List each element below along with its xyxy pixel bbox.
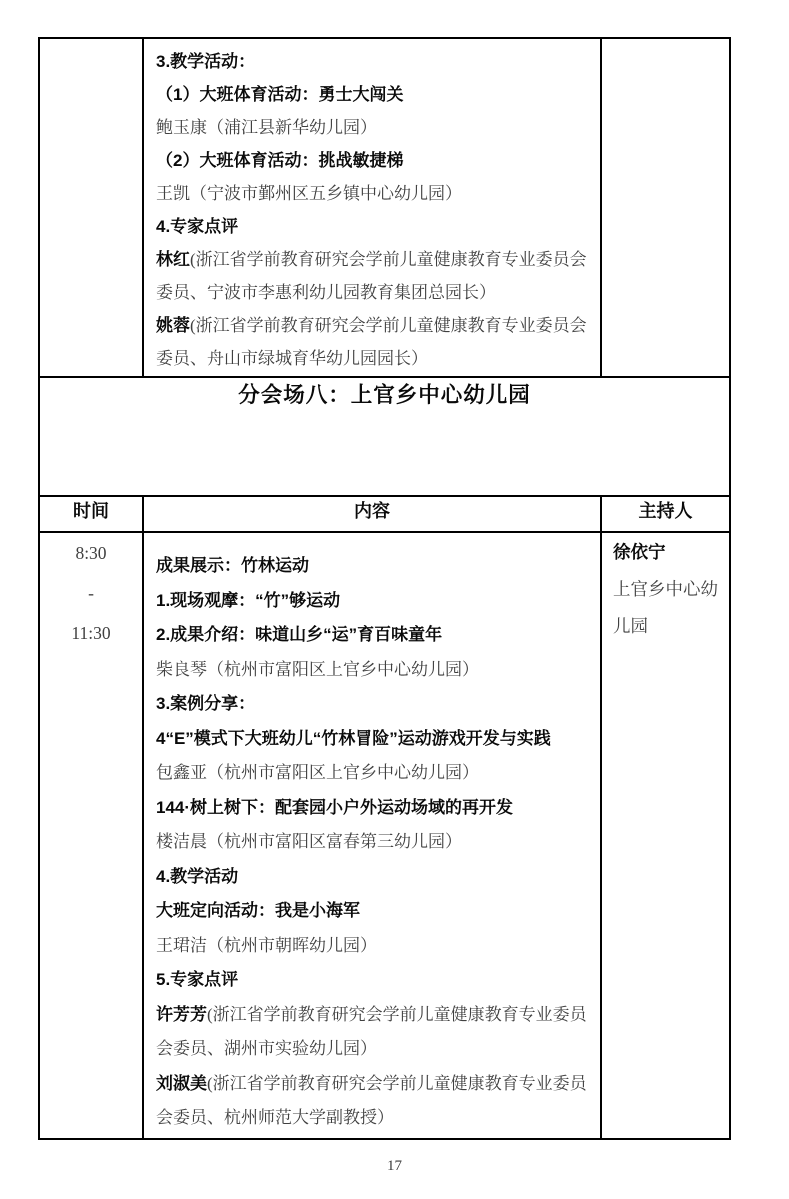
time-dash: - bbox=[40, 573, 142, 613]
section-heading: 分会场八：上官乡中心幼儿园 bbox=[40, 378, 729, 409]
time-range: 8:30 - 11:30 bbox=[40, 533, 142, 653]
table-row: 8:30 - 11:30 成果展示：竹林运动1.现场观摩：“竹”够运动2.成果介… bbox=[39, 532, 730, 1139]
document-page: 3.教学活动：（1）大班体育活动：勇士大闯关鲍玉康（浦江县新华幼儿园）（2）大班… bbox=[0, 0, 789, 1199]
host-name: 徐依宁 bbox=[613, 533, 721, 571]
table-header-row: 时间 内容 主持人 bbox=[39, 496, 730, 532]
content-line: 王凯（宁波市鄞州区五乡镇中心幼儿园） bbox=[156, 177, 592, 210]
content-line: （1）大班体育活动：勇士大闯关 bbox=[156, 78, 592, 111]
content-line: 144·树上树下：配套园小户外运动场域的再开发 bbox=[156, 791, 592, 826]
column-header-time: 时间 bbox=[39, 496, 143, 532]
content-line: 许芳芳(浙江省学前教育研究会学前儿童健康教育专业委员会委员、湖州市实验幼儿园） bbox=[156, 998, 592, 1067]
time-end: 11:30 bbox=[40, 613, 142, 653]
expert-name: 刘淑美 bbox=[156, 1074, 207, 1093]
content-cell: 3.教学活动：（1）大班体育活动：勇士大闯关鲍玉康（浦江县新华幼儿园）（2）大班… bbox=[143, 38, 601, 377]
time-cell: 8:30 - 11:30 bbox=[39, 532, 143, 1139]
content-line: 楼洁晨（杭州市富阳区富春第三幼儿园） bbox=[156, 825, 592, 860]
expert-name: 姚蓉 bbox=[156, 316, 190, 335]
host-organization: 上官乡中心幼儿园 bbox=[613, 571, 721, 645]
expert-name: 林红 bbox=[156, 250, 190, 269]
content-line: 大班定向活动：我是小海军 bbox=[156, 894, 592, 929]
section-heading-row: 分会场八：上官乡中心幼儿园 bbox=[39, 377, 730, 496]
content-cell: 成果展示：竹林运动1.现场观摩：“竹”够运动2.成果介绍：味道山乡“运”育百味童… bbox=[143, 532, 601, 1139]
table-row: 3.教学活动：（1）大班体育活动：勇士大闯关鲍玉康（浦江县新华幼儿园）（2）大班… bbox=[39, 38, 730, 377]
content-line: 林红(浙江省学前教育研究会学前儿童健康教育专业委员会委员、宁波市李惠利幼儿园教育… bbox=[156, 243, 592, 309]
time-cell-empty bbox=[39, 38, 143, 377]
page-number: 17 bbox=[0, 1158, 789, 1175]
expert-name: 许芳芳 bbox=[156, 1005, 207, 1024]
expert-affiliation: (浙江省学前教育研究会学前儿童健康教育专业委员会委员、杭州师范大学副教授） bbox=[156, 1074, 587, 1128]
host-cell: 徐依宁 上官乡中心幼儿园 bbox=[601, 532, 730, 1139]
content-line: （2）大班体育活动：挑战敏捷梯 bbox=[156, 144, 592, 177]
content-line: 姚蓉(浙江省学前教育研究会学前儿童健康教育专业委员会委员、舟山市绿城育华幼儿园园… bbox=[156, 309, 592, 375]
schedule-table-previous: 3.教学活动：（1）大班体育活动：勇士大闯关鲍玉康（浦江县新华幼儿园）（2）大班… bbox=[38, 37, 731, 378]
content-line: 4.专家点评 bbox=[156, 210, 592, 243]
content-line: 王珺洁（杭州市朝晖幼儿园） bbox=[156, 929, 592, 964]
content-line: 3.教学活动： bbox=[156, 45, 592, 78]
content-line: 包鑫亚（杭州市富阳区上官乡中心幼儿园） bbox=[156, 756, 592, 791]
content-line: 刘淑美(浙江省学前教育研究会学前儿童健康教育专业委员会委员、杭州师范大学副教授） bbox=[156, 1067, 592, 1136]
content-line: 1.现场观摩：“竹”够运动 bbox=[156, 584, 592, 619]
expert-affiliation: (浙江省学前教育研究会学前儿童健康教育专业委员会委员、宁波市李惠利幼儿园教育集团… bbox=[156, 250, 587, 302]
content-lines: 3.教学活动：（1）大班体育活动：勇士大闯关鲍玉康（浦江县新华幼儿园）（2）大班… bbox=[144, 39, 600, 375]
content-line: 柴良琴（杭州市富阳区上官乡中心幼儿园） bbox=[156, 653, 592, 688]
content-line: 5.专家点评 bbox=[156, 963, 592, 998]
content-line: 4.教学活动 bbox=[156, 860, 592, 895]
content-line: 3.案例分享： bbox=[156, 687, 592, 722]
content-lines: 成果展示：竹林运动1.现场观摩：“竹”够运动2.成果介绍：味道山乡“运”育百味童… bbox=[144, 533, 600, 1136]
expert-affiliation: (浙江省学前教育研究会学前儿童健康教育专业委员会委员、舟山市绿城育华幼儿园园长） bbox=[156, 316, 587, 368]
content-line: 成果展示：竹林运动 bbox=[156, 549, 592, 584]
content-line: 鲍玉康（浦江县新华幼儿园） bbox=[156, 111, 592, 144]
column-header-content: 内容 bbox=[143, 496, 601, 532]
schedule-table-session-eight: 分会场八：上官乡中心幼儿园 时间 内容 主持人 8:30 - 11:30 成果展… bbox=[38, 376, 731, 1140]
content-line: 2.成果介绍：味道山乡“运”育百味童年 bbox=[156, 618, 592, 653]
time-start: 8:30 bbox=[40, 533, 142, 573]
host-cell-empty bbox=[601, 38, 730, 377]
expert-affiliation: (浙江省学前教育研究会学前儿童健康教育专业委员会委员、湖州市实验幼儿园） bbox=[156, 1005, 587, 1059]
host-info: 徐依宁 上官乡中心幼儿园 bbox=[602, 533, 729, 645]
content-line: 4“E”模式下大班幼儿“竹林冒险”运动游戏开发与实践 bbox=[156, 722, 592, 757]
section-heading-cell: 分会场八：上官乡中心幼儿园 bbox=[39, 377, 730, 496]
column-header-host: 主持人 bbox=[601, 496, 730, 532]
